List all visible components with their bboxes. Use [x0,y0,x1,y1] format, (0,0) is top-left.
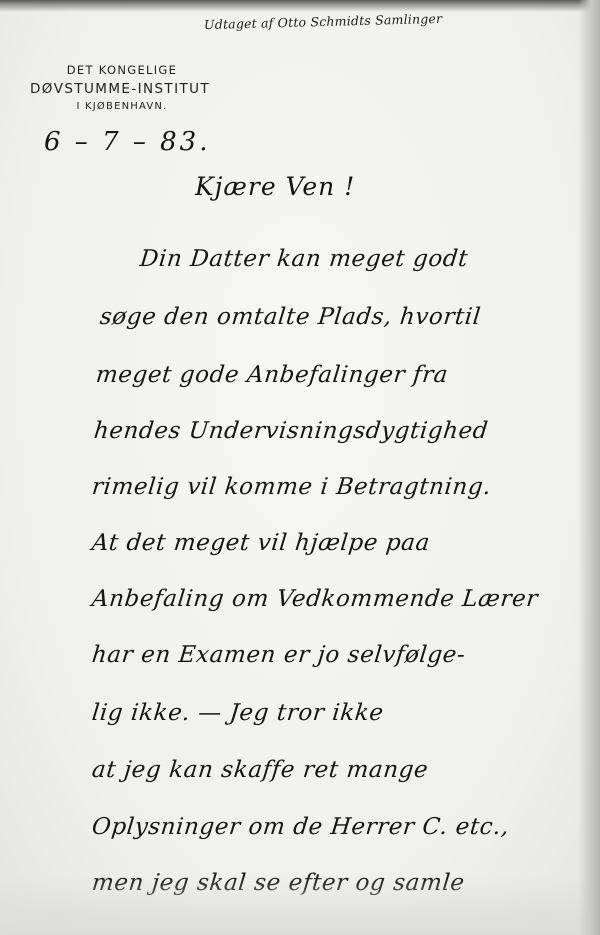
body-line: hendes Undervisningsdygtighed [93,418,490,444]
letterhead-stamp: DET KONGELIGE DØVSTUMME-INSTITUT I KJØBE… [22,62,222,114]
body-line: søge den omtalte Plads, hvortil [99,304,483,330]
letterhead-line-2: DØVSTUMME-INSTITUT [18,79,222,99]
archive-annotation: Udtaget af Otto Schmidts Samlinger [204,11,443,32]
body-line: har en Examen er jo selvfølge- [91,642,467,668]
body-line: at jeg kan skaffe ret mange [91,757,430,783]
letterhead-line-1: DET KONGELIGE [22,62,222,79]
scan-bottom-shading [0,875,600,935]
body-line: lig ikke. — Jeg tror ikke [91,700,385,726]
body-line: Din Datter kan meget godt [139,246,470,272]
letter-date: 6 – 7 – 83. [44,127,211,157]
salutation: Kjære Ven ! [195,172,355,201]
letterhead-line-3: I KJØBENHAVN. [22,99,222,114]
body-line: rimelig vil komme i Betragtning. [91,474,493,500]
body-line: Oplysninger om de Herrer C. etc., [91,814,511,840]
letter-page: Udtaget af Otto Schmidts Samlinger DET K… [0,0,600,935]
body-line: meget gode Anbefalinger fra [95,362,450,388]
body-line: At det meget vil hjælpe paa [91,530,432,556]
body-line: Anbefaling om Vedkommende Lærer [91,586,540,612]
